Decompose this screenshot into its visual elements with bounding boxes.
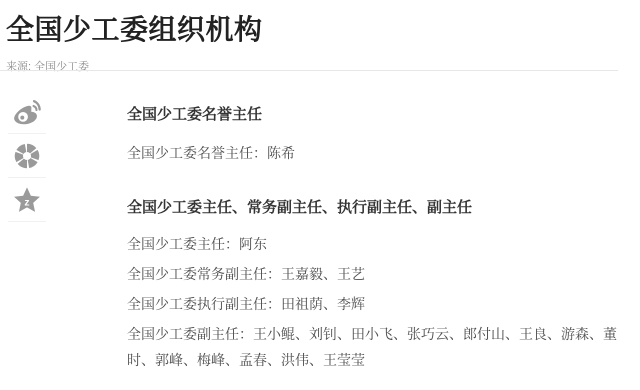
page-title: 全国少工委组织机构 — [6, 8, 263, 48]
share-moments-button[interactable] — [8, 134, 46, 178]
article-source: 来源: 全国少工委 — [6, 58, 263, 74]
article-content: 全国少工委名誉主任 全国少工委名誉主任：陈希 全国少工委主任、常务副主任、执行副… — [127, 106, 634, 377]
share-weibo-button[interactable] — [8, 90, 46, 134]
paragraph-deputy-directors: 全国少工委副主任：王小鲲、刘钊、田小飞、张巧云、郎付山、王良、游森、董时、郭峰、… — [127, 321, 634, 373]
header-divider — [0, 70, 618, 71]
aperture-icon — [13, 142, 41, 170]
section-heading: 全国少工委主任、常务副主任、执行副主任、副主任 — [127, 199, 634, 217]
paragraph-executive-deputy-directors: 全国少工委执行副主任：田祖荫、李辉 — [127, 291, 634, 317]
article-header: 全国少工委组织机构 来源: 全国少工委 — [6, 8, 263, 74]
section-heading: 全国少工委名誉主任 — [127, 106, 634, 124]
share-qzone-button[interactable]: z — [8, 178, 46, 222]
svg-text:z: z — [24, 197, 29, 208]
share-toolbar: z — [8, 90, 46, 222]
paragraph-director: 全国少工委主任：阿东 — [127, 231, 634, 257]
section-honorary-director: 全国少工委名誉主任 全国少工委名誉主任：陈希 — [127, 106, 634, 166]
section-directors: 全国少工委主任、常务副主任、执行副主任、副主任 全国少工委主任：阿东 全国少工委… — [127, 199, 634, 373]
paragraph-standing-deputy-directors: 全国少工委常务副主任：王嘉毅、王艺 — [127, 261, 634, 287]
weibo-icon — [12, 97, 42, 127]
star-icon: z — [12, 185, 42, 215]
paragraph-honorary-director: 全国少工委名誉主任：陈希 — [127, 140, 634, 166]
